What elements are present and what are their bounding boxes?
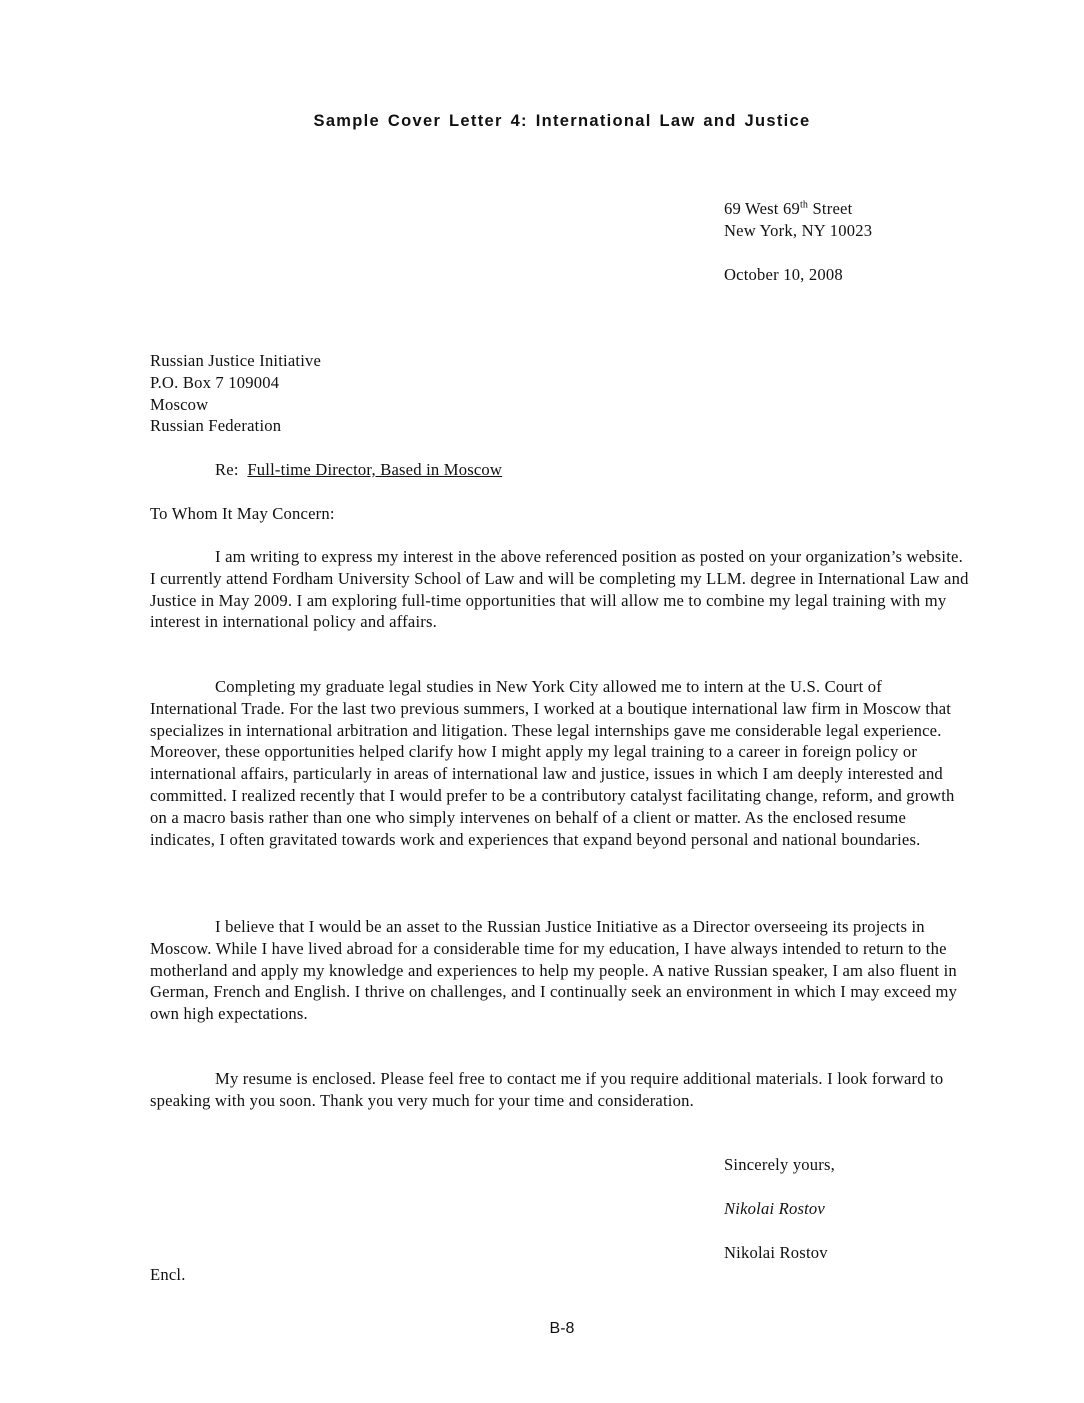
salutation: To Whom It May Concern: [150,503,335,525]
reference-subject: Full-time Director, Based in Moscow [247,460,502,479]
signature: Nikolai Rostov [724,1198,825,1220]
body-paragraph-4: My resume is enclosed. Please feel free … [150,1068,972,1112]
page-number: B-8 [0,1320,1084,1338]
paragraph-text: I am writing to express my interest in t… [150,546,972,633]
body-paragraph-3: I believe that I would be an asset to th… [150,916,972,1025]
reference-label: Re: [215,460,239,479]
paragraph-text: My resume is enclosed. Please feel free … [150,1068,972,1112]
body-paragraph-1: I am writing to express my interest in t… [150,546,972,633]
page-title: Sample Cover Letter 4: International Law… [0,112,1084,131]
recipient-organization: Russian Justice Initiative [150,350,650,372]
recipient-address: Russian Justice Initiative P.O. Box 7 10… [150,350,650,437]
enclosure-note: Encl. [150,1264,186,1286]
paragraph-text: Completing my graduate legal studies in … [150,676,972,850]
recipient-city: Moscow [150,394,650,416]
recipient-country: Russian Federation [150,415,650,437]
recipient-po-box: P.O. Box 7 109004 [150,372,650,394]
body-paragraph-2: Completing my graduate legal studies in … [150,676,972,850]
paragraph-text: I believe that I would be an asset to th… [150,916,972,1025]
sender-street-number: 69 West 69 [724,199,800,218]
letter-date: October 10, 2008 [724,264,843,286]
reference-line: Re: Full-time Director, Based in Moscow [215,459,502,481]
valediction: Sincerely yours, [724,1154,835,1176]
ordinal-suffix: th [800,199,808,210]
sender-street-name: Street [808,199,852,218]
sender-street: 69 West 69th Street [724,198,1024,220]
sender-address: 69 West 69th Street New York, NY 10023 [724,198,1024,242]
sender-city: New York, NY 10023 [724,220,1024,242]
printed-name: Nikolai Rostov [724,1242,828,1264]
